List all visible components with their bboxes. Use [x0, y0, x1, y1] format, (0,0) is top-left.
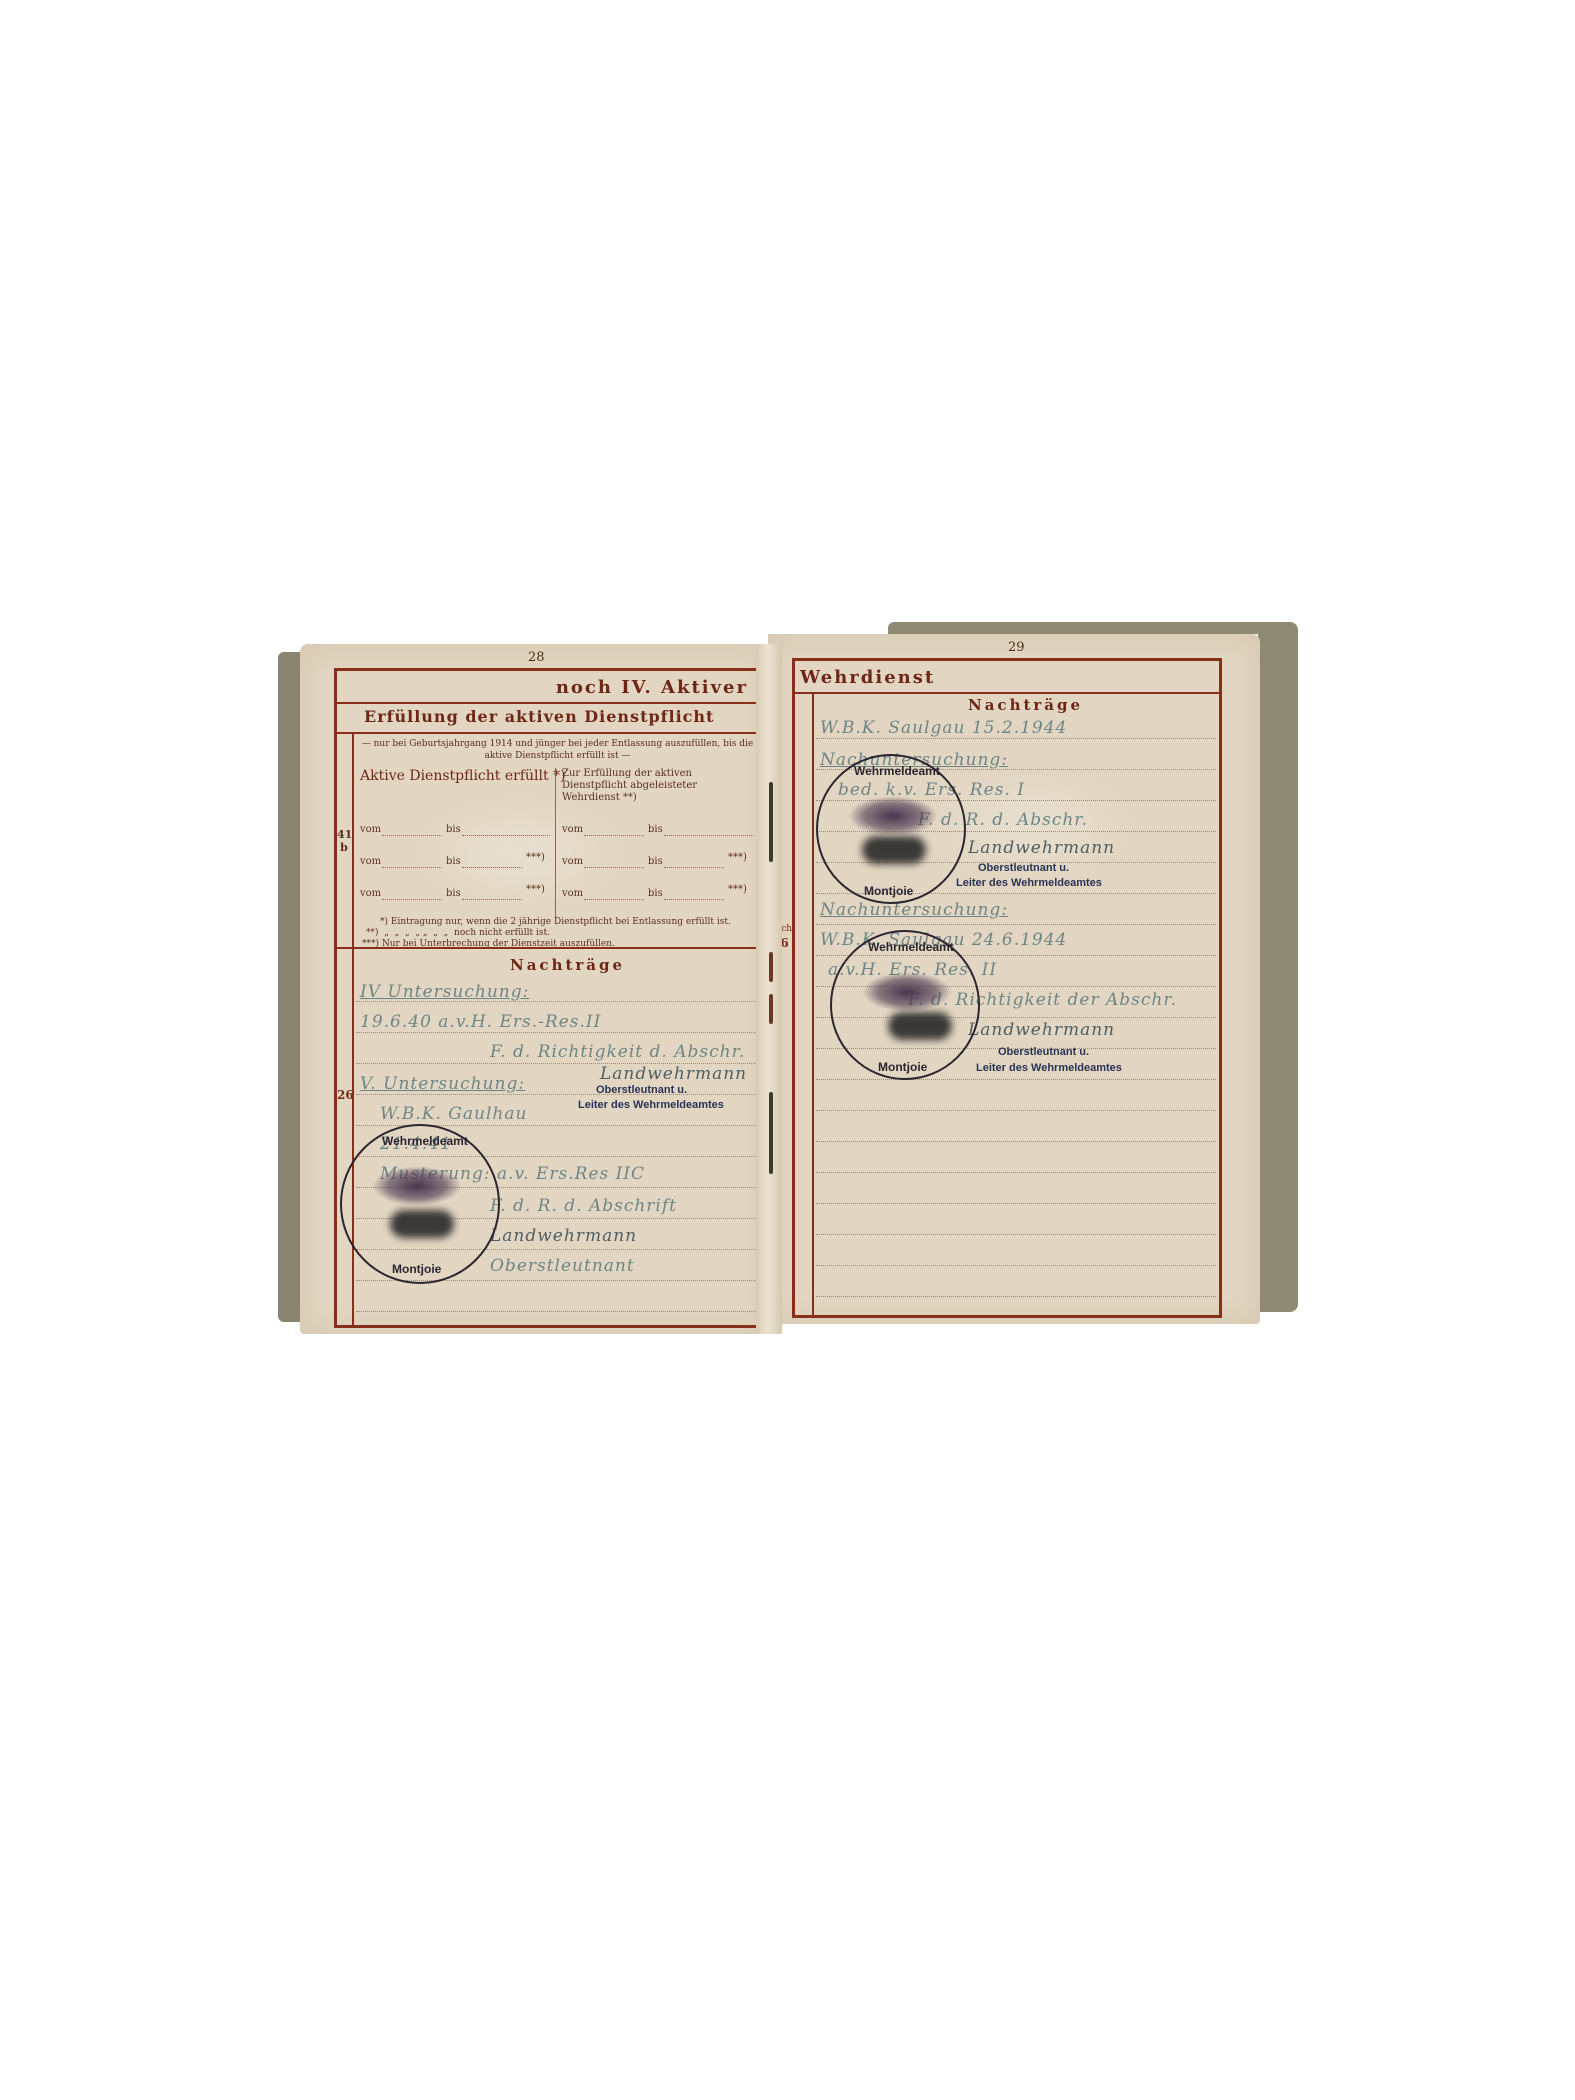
nachtraege-title: Nachträge: [968, 696, 1083, 714]
period-to-label: bis: [648, 856, 663, 867]
handwritten-entry: Nachuntersuchung:: [820, 900, 1008, 920]
row-number-26: 26: [337, 1088, 351, 1102]
eagle-emblem-icon: [848, 796, 938, 836]
handwritten-entry: 19.6.40 a.v.H. Ers.-Res.II: [360, 1012, 601, 1032]
handwritten-entry: V. Untersuchung:: [360, 1074, 525, 1094]
period-to-label: bis: [446, 888, 461, 899]
period-to-field[interactable]: [664, 899, 724, 900]
seal-text-bottom: Montjoie: [878, 1060, 927, 1074]
ruled-line: [356, 1311, 758, 1312]
ruled-line: [816, 1141, 1216, 1142]
page-number-left: 28: [528, 650, 545, 665]
footnote-mark: ***): [526, 884, 545, 895]
eagle-watermark: [410, 794, 630, 914]
handwritten-entry: IV Untersuchung:: [360, 982, 529, 1002]
row-number-41b: 41 b: [337, 828, 351, 854]
ruled-line: [356, 1094, 758, 1095]
signature: Landwehrmann: [968, 1020, 1115, 1040]
signature: Landwehrmann: [490, 1226, 637, 1246]
divider: [792, 692, 1222, 694]
period-to-label: bis: [446, 824, 461, 835]
period-to-label: bis: [648, 824, 663, 835]
right-page: 29 Wehrdienst Nachträge noch 26 W.B.K. S…: [768, 634, 1260, 1324]
book-gutter: [756, 644, 782, 1334]
period-from-label: vom: [360, 824, 381, 835]
period-from-field[interactable]: [584, 899, 644, 900]
rank-stamp-line1: Oberstleutnant u.: [978, 862, 1069, 874]
ruled-line: [816, 1110, 1216, 1111]
period-to-field[interactable]: [462, 899, 522, 900]
seal-text-bottom: Montjoie: [392, 1262, 441, 1276]
ruled-line: [816, 924, 1216, 925]
period-from-field[interactable]: [382, 899, 442, 900]
redacted-emblem: [390, 1210, 454, 1238]
book-cover-right-edge: [1258, 622, 1298, 1312]
period-to-label: bis: [648, 888, 663, 899]
ruled-line: [816, 1234, 1216, 1235]
period-from-label: vom: [562, 888, 583, 899]
binding-stitch: [769, 952, 773, 982]
seal-text-top: Wehrmeldeamt: [854, 764, 940, 778]
redacted-emblem: [888, 1012, 952, 1040]
ruled-line: [816, 1203, 1216, 1204]
page-number-right: 29: [1008, 640, 1025, 655]
ruled-line: [816, 1079, 1216, 1080]
eagle-emblem-icon: [372, 1166, 462, 1206]
divider: [334, 732, 764, 734]
section-title: Erfüllung der aktiven Dienstpflicht: [364, 707, 714, 726]
handwritten-entry: W.B.K. Gaulhau: [380, 1104, 527, 1124]
divider: [334, 702, 764, 704]
ruled-line: [816, 738, 1216, 739]
handwritten-entry: Oberstleutnant: [490, 1256, 635, 1276]
rank-stamp-line2: Leiter des Wehrmeldeamtes: [578, 1099, 724, 1111]
period-from-label: vom: [562, 824, 583, 835]
period-to-field[interactable]: [664, 867, 724, 868]
official-seal: Wehrmeldeamt Montjoie: [830, 930, 980, 1080]
period-to-field[interactable]: [664, 835, 754, 836]
rank-stamp-line2: Leiter des Wehrmeldeamtes: [956, 877, 1102, 889]
period-from-field[interactable]: [382, 835, 442, 836]
footnote-mark: ***): [526, 852, 545, 863]
period-from-field[interactable]: [584, 867, 644, 868]
column-title-left: Aktive Dienstpflicht erfüllt *): [360, 768, 566, 784]
rank-stamp-line1: Oberstleutnant u.: [596, 1084, 687, 1096]
handwritten-entry: F. d. R. d. Abschrift: [490, 1196, 677, 1216]
signature: Landwehrmann: [600, 1064, 747, 1084]
ruled-line: [816, 1172, 1216, 1173]
column-divider: [555, 768, 556, 918]
binding-stitch: [769, 994, 773, 1024]
seal-text-top: Wehrmeldeamt: [868, 940, 954, 954]
period-from-field[interactable]: [584, 835, 644, 836]
seal-text-top: Wehrmeldeamt: [382, 1134, 468, 1148]
redacted-emblem: [862, 836, 926, 864]
period-to-field[interactable]: [462, 835, 550, 836]
seal-text-bottom: Montjoie: [864, 884, 913, 898]
column-title-right: Zur Erfüllung der aktiven Dienstpflicht …: [562, 768, 757, 804]
nachtraege-title: Nachträge: [510, 956, 625, 974]
footnote-3: ***) Nur bei Unterbrechung der Dienstzei…: [362, 938, 615, 950]
rank-stamp-line2: Leiter des Wehrmeldeamtes: [976, 1062, 1122, 1074]
section-header: noch IV. Aktiver: [556, 677, 748, 698]
rank-stamp-line1: Oberstleutnant u.: [998, 1046, 1089, 1058]
handwritten-entry: F. d. Richtigkeit d. Abschr.: [490, 1042, 745, 1062]
book-cover-top-edge: [888, 622, 1288, 634]
ruled-line: [816, 1265, 1216, 1266]
official-seal: Wehrmeldeamt Montjoie: [816, 754, 966, 904]
binding-stitch: [769, 782, 773, 862]
period-from-field[interactable]: [382, 867, 442, 868]
footnote-mark: ***): [728, 852, 747, 863]
footnote-mark: ***): [728, 884, 747, 895]
period-to-label: bis: [446, 856, 461, 867]
signature: Landwehrmann: [968, 838, 1115, 858]
ruled-line: [356, 1032, 758, 1033]
military-passbook: 28 noch IV. Aktiver Erfüllung der aktive…: [278, 622, 1298, 1337]
eagle-emblem-icon: [862, 972, 952, 1012]
period-from-label: vom: [360, 856, 381, 867]
binding-stitch: [769, 1092, 773, 1174]
instruction-note: — nur bei Geburtsjahrgang 1914 und jünge…: [360, 738, 755, 762]
period-from-label: vom: [360, 888, 381, 899]
period-from-label: vom: [562, 856, 583, 867]
left-page: 28 noch IV. Aktiver Erfüllung der aktive…: [300, 644, 768, 1334]
ruled-line: [816, 1296, 1216, 1297]
official-seal: Wehrmeldeamt Montjoie: [340, 1124, 500, 1284]
section-header: Wehrdienst: [800, 667, 935, 688]
handwritten-entry: W.B.K. Saulgau 15.2.1944: [820, 718, 1067, 738]
period-to-field[interactable]: [462, 867, 522, 868]
margin-column-line: [812, 692, 814, 1318]
